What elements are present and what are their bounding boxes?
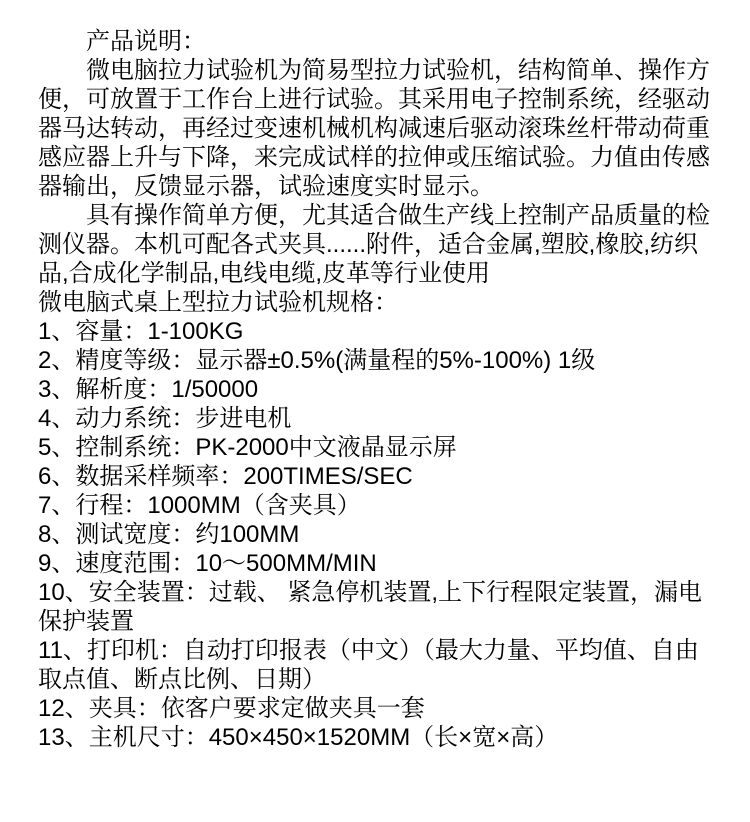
product-description-page: 产品说明： 微电脑拉力试验机为简易型拉力试验机，结构简单、操作方便，可放置于工作…: [0, 0, 750, 822]
spec-item-dimensions: 13、主机尺寸：450×450×1520MM（长×宽×高）: [38, 723, 714, 752]
spec-item-accuracy: 2、精度等级：显示器±0.5%(满量程的5%-100%) 1级: [38, 346, 714, 375]
spec-item-stroke: 7、行程：1000MM（含夹具）: [38, 491, 714, 520]
spec-item-resolution: 3、解析度：1/50000: [38, 375, 714, 404]
product-description-title: 产品说明：: [38, 27, 714, 56]
product-intro-paragraph: 微电脑拉力试验机为简易型拉力试验机，结构简单、操作方便，可放置于工作台上进行试验…: [38, 56, 714, 201]
spec-item-capacity: 1、容量：1-100KG: [38, 317, 714, 346]
spec-item-power-system: 4、动力系统：步进电机: [38, 404, 714, 433]
spec-item-printer: 11、打印机：自动打印报表（中文）（最大力量、平均值、自由取点值、断点比例、日期…: [38, 636, 714, 694]
spec-item-fixture: 12、夹具：依客户要求定做夹具一套: [38, 694, 714, 723]
spec-item-test-width: 8、测试宽度：约100MM: [38, 520, 714, 549]
product-usage-paragraph: 具有操作简单方便，尤其适合做生产线上控制产品质量的检测仪器。本机可配各式夹具..…: [38, 201, 714, 288]
spec-item-speed-range: 9、速度范围：10～500MM/MIN: [38, 549, 714, 578]
spec-item-safety-devices: 10、安全装置：过载、 紧急停机装置,上下行程限定装置，漏电保护装置: [38, 578, 714, 636]
specs-heading: 微电脑式桌上型拉力试验机规格：: [38, 288, 714, 317]
spec-item-sampling-rate: 6、数据采样频率：200TIMES/SEC: [38, 462, 714, 491]
spec-item-control-system: 5、控制系统：PK-2000中文液晶显示屏: [38, 433, 714, 462]
